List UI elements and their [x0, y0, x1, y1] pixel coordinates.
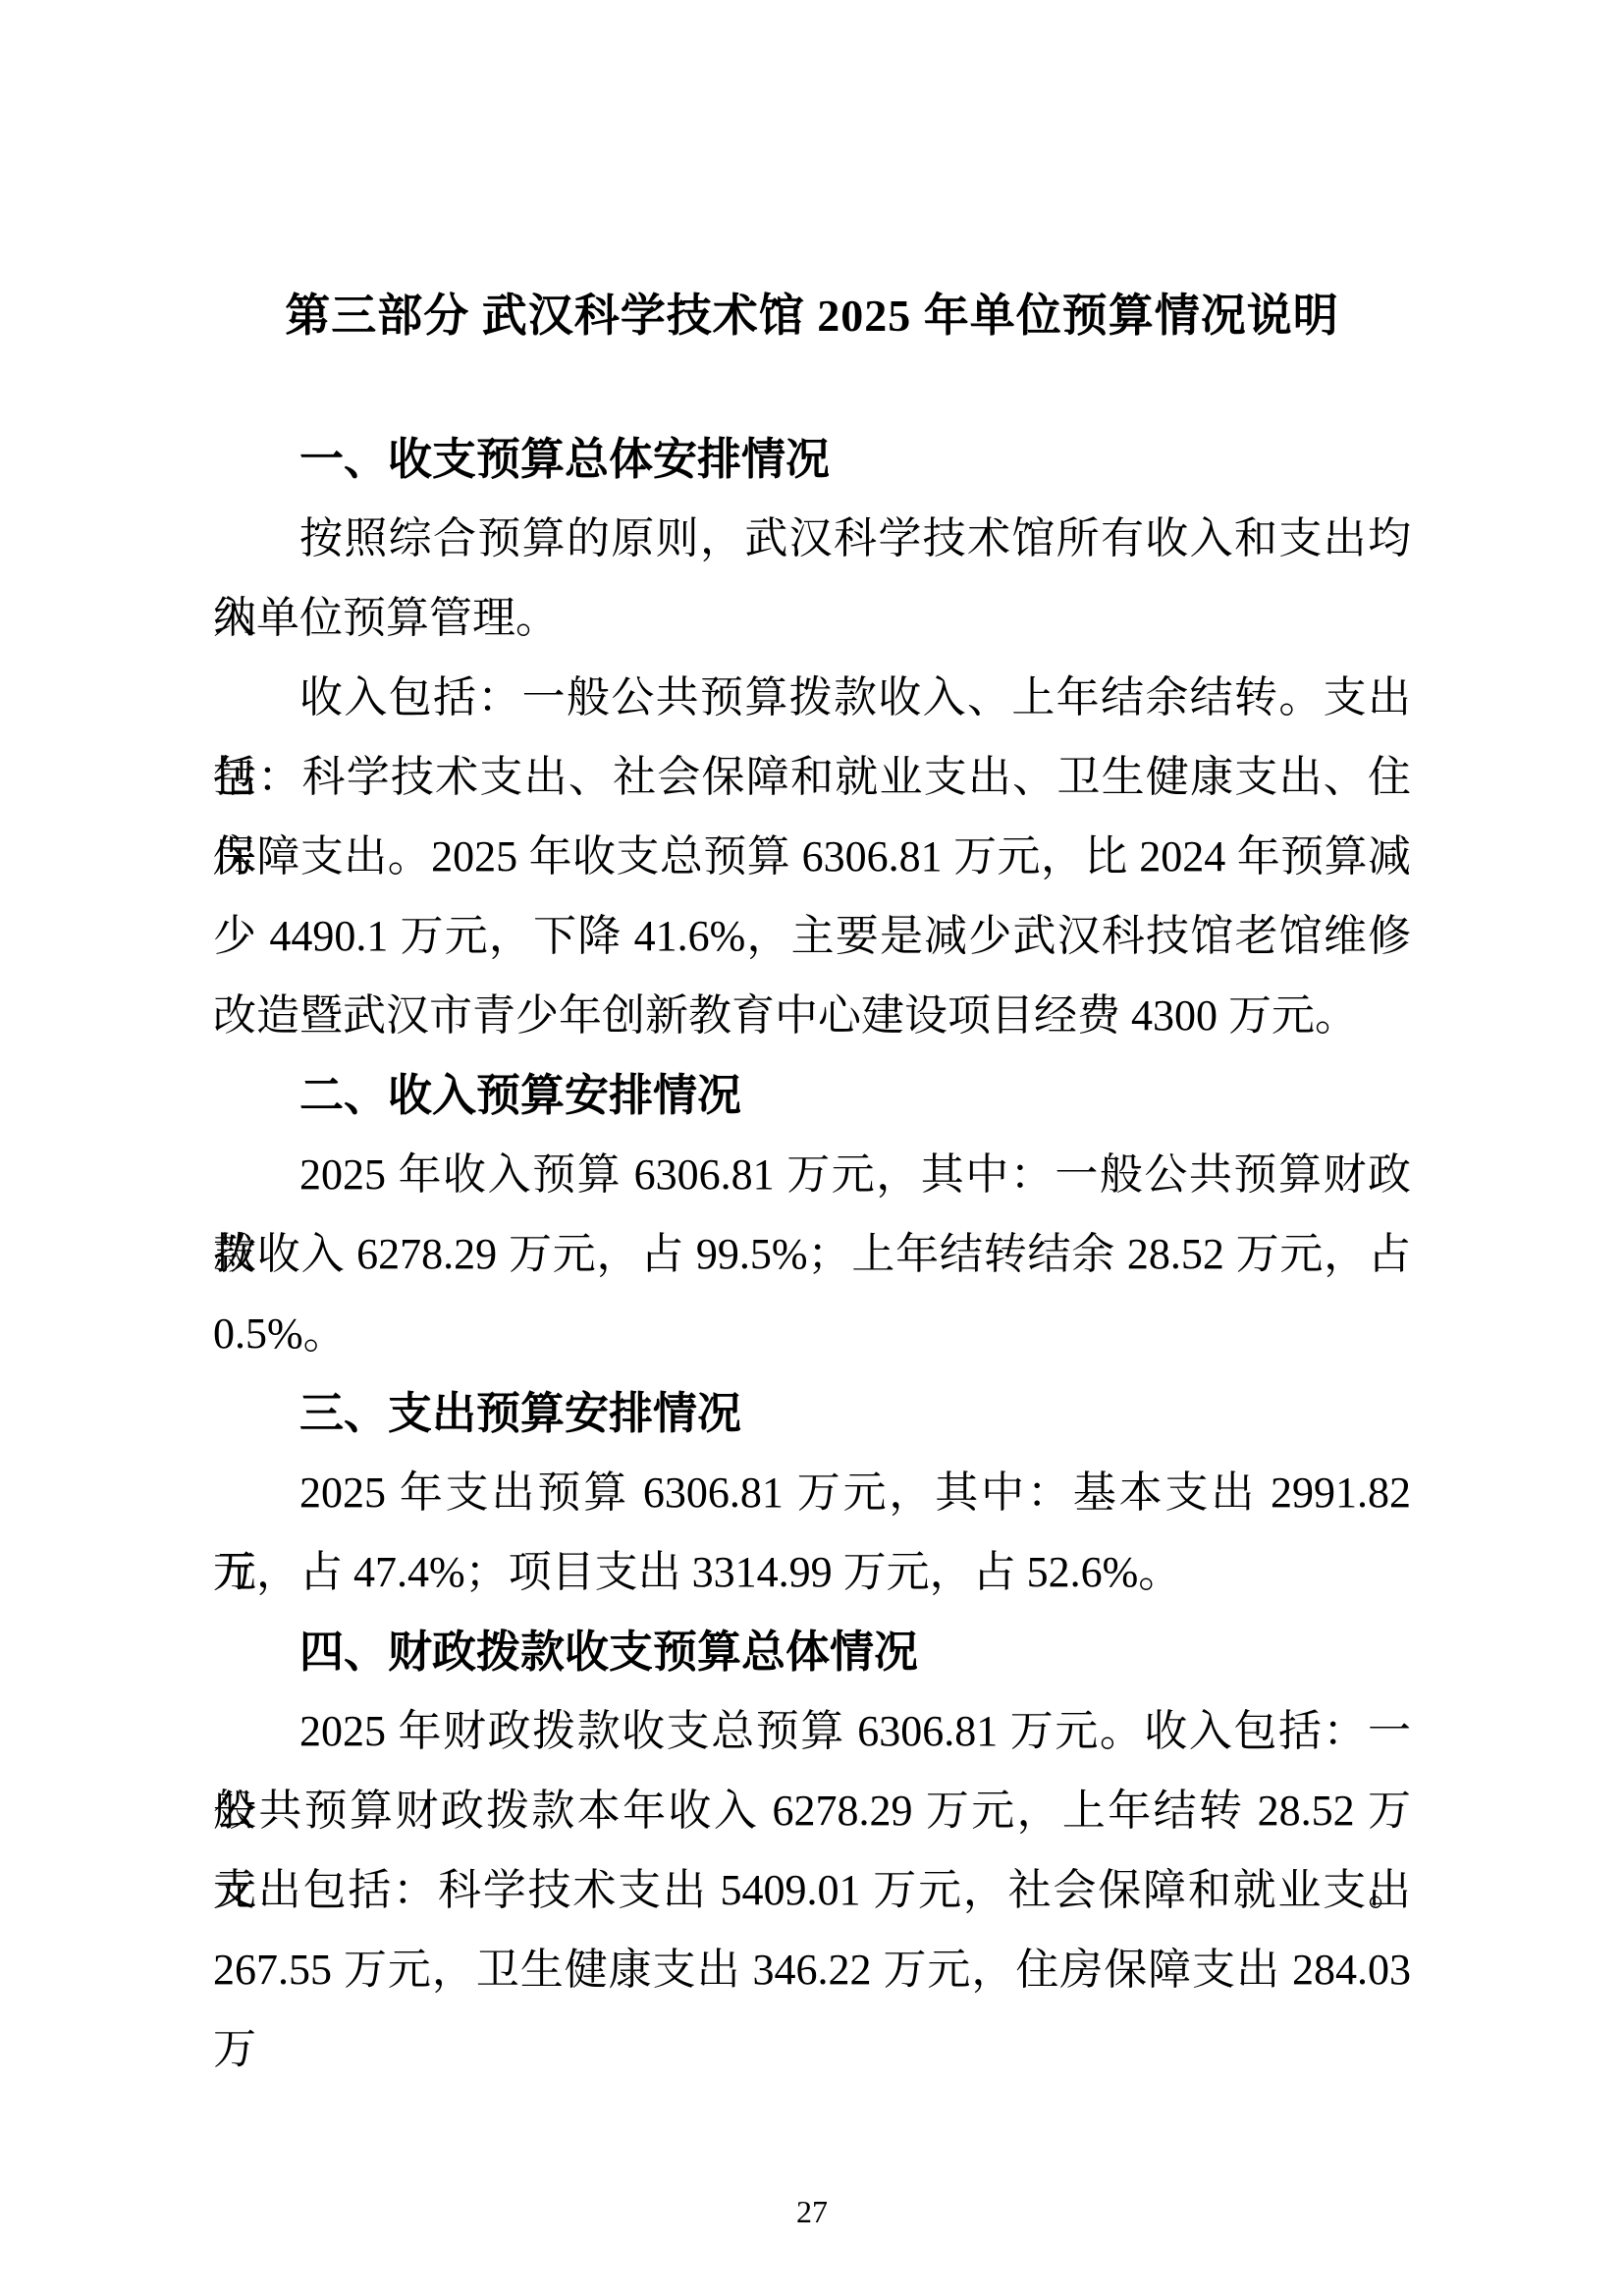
body-line: 2025 年支出预算 6306.81 万元，其中：基本支出 2991.82 万 [213, 1453, 1411, 1532]
section-3-heading: 三、支出预算安排情况 [213, 1373, 1411, 1453]
body-line: 款收入 6278.29 万元，占 99.5%；上年结转结余 28.52 万元，占 [213, 1214, 1411, 1294]
body-line: 支出包括：科学技术支出 5409.01 万元，社会保障和就业支出 [213, 1850, 1411, 1930]
body-line: 267.55 万元，卫生健康支出 346.22 万元，住房保障支出 284.03… [213, 1930, 1411, 2009]
body-line: 保障支出。2025 年收支总预算 6306.81 万元，比 2024 年预算减 [213, 817, 1411, 896]
body-line: 0.5%。 [213, 1294, 1411, 1373]
body-line: 元，占 47.4%；项目支出 3314.99 万元，占 52.6%。 [213, 1532, 1411, 1612]
document-page: 第三部分 武汉科学技术馆 2025 年单位预算情况说明 一、收支预算总体安排情况… [0, 0, 1624, 2296]
body-line: 收入包括：一般公共预算拨款收入、上年结余结转。支出包 [213, 658, 1411, 737]
body-line: 少 4490.1 万元，下降 41.6%，主要是减少武汉科技馆老馆维修 [213, 896, 1411, 976]
section-4-heading: 四、财政拨款收支预算总体情况 [213, 1612, 1411, 1691]
section-2-heading: 二、收入预算安排情况 [213, 1055, 1411, 1135]
body-line: 按照综合预算的原则，武汉科学技术馆所有收入和支出均纳 [213, 499, 1411, 578]
body-line: 2025 年财政拨款收支总预算 6306.81 万元。收入包括：一般 [213, 1691, 1411, 1771]
body-line: 2025 年收入预算 6306.81 万元，其中：一般公共预算财政拨 [213, 1135, 1411, 1214]
body-line: 公共预算财政拨款本年收入 6278.29 万元，上年结转 28.52 万元。 [213, 1771, 1411, 1850]
document-title: 第三部分 武汉科学技术馆 2025 年单位预算情况说明 [0, 285, 1624, 347]
body-line: 括：科学技术支出、社会保障和就业支出、卫生健康支出、住房 [213, 737, 1411, 817]
body-line: 改造暨武汉市青少年创新教育中心建设项目经费 4300 万元。 [213, 976, 1411, 1055]
section-1-heading: 一、收支预算总体安排情况 [213, 419, 1411, 499]
document-body: 一、收支预算总体安排情况 按照综合预算的原则，武汉科学技术馆所有收入和支出均纳 … [213, 419, 1411, 2009]
body-line: 入单位预算管理。 [213, 578, 1411, 658]
page-number: 27 [0, 2192, 1624, 2231]
